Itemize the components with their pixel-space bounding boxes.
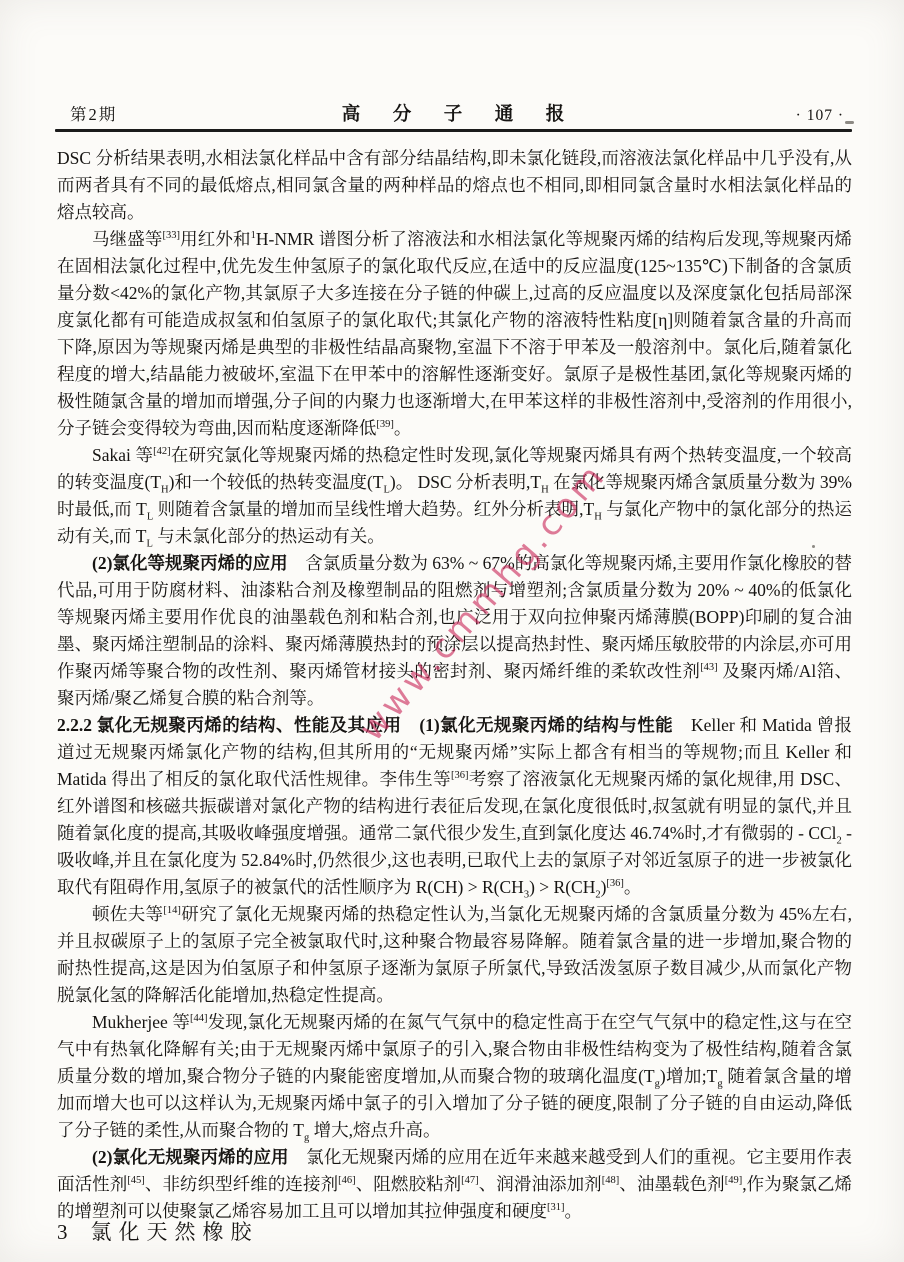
paragraph: Mukherjee 等[44]发现,氯化无规聚丙烯的在氮气气氛中的稳定性高于在空… [57,1009,852,1144]
section-2-2-2-paragraph: 2.2.2 氯化无规聚丙烯的结构、性能及其应用 (1)氯化无规聚丙烯的结构与性能… [57,712,852,901]
article-body: DSC 分析结果表明,水相法氯化样品中含有部分结晶结构,即未氯化链段,而溶液法氯… [57,145,852,1225]
section-title: 氯化天然橡胶 [91,1216,259,1246]
scanned-journal-page: 第2期 高 分 子 通 报 · 107 · DSC 分析结果表明,水相法氯化样品… [0,0,904,1262]
paragraph: (2)氯化无规聚丙烯的应用 氯化无规聚丙烯的应用在近年来越来越受到人们的重视。它… [57,1144,852,1225]
paragraph: 马继盛等[33]用红外和1H-NMR 谱图分析了溶液法和水相法氯化等规聚丙烯的结… [57,226,852,442]
scan-speck [487,1213,490,1216]
page-header: 第2期 高 分 子 通 报 · 107 · [70,100,844,126]
section-number: 3 [57,1220,69,1245]
scan-speck [812,545,815,548]
paragraph: (2)氯化等规聚丙烯的应用 含氯质量分数为 63% ~ 67%的高氯化等规聚丙烯… [57,550,852,712]
scan-speck [845,121,854,124]
paragraph: 顿佐夫等[14]研究了氯化无规聚丙烯的热稳定性认为,当氯化无规聚丙烯的含氯质量分… [57,901,852,1009]
header-rule [55,129,852,132]
page-number: · 107 · [796,107,844,125]
section-heading-3: 3 氯化天然橡胶 [57,1216,259,1246]
journal-title: 高 分 子 通 报 [342,100,572,126]
paragraph-continuation: DSC 分析结果表明,水相法氯化样品中含有部分结晶结构,即未氯化链段,而溶液法氯… [57,145,852,226]
issue-label: 第2期 [70,101,117,125]
paragraph: Sakai 等[42]在研究氯化等规聚丙烯的热稳定性时发现,氯化等规聚丙烯具有两… [57,442,852,550]
scan-speck [820,562,823,565]
